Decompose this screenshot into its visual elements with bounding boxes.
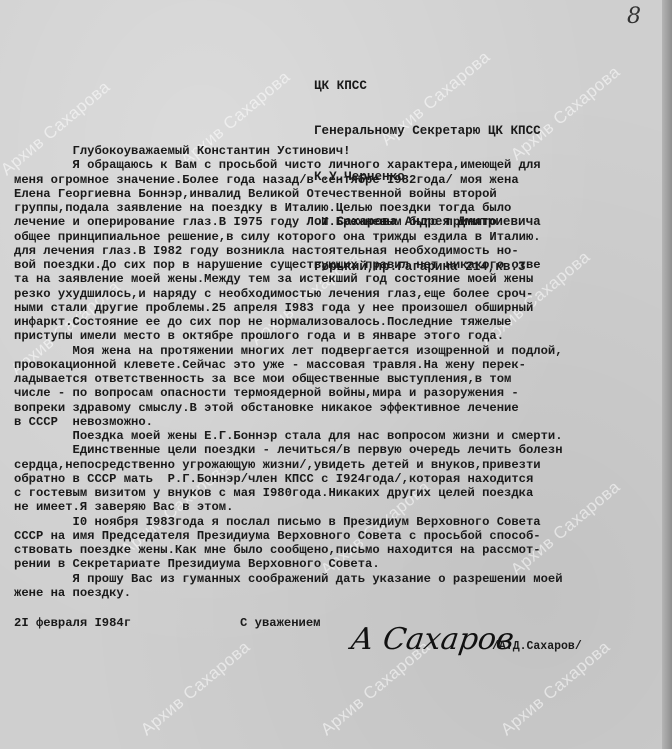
letter-body: Глубокоуважаемый Константин Устинович! Я… [14, 144, 666, 600]
letter-line: Я обращаюсь к Вам с просьбой чисто лично… [14, 158, 666, 172]
letter-line: приступы имели место в октябре прошлого … [14, 329, 666, 343]
letter-line: ными стали другие проблемы.25 апреля I98… [14, 301, 666, 315]
letter-line: Глубокоуважаемый Константин Устинович! [14, 144, 666, 158]
printed-name: /А.Д.Сахаров/ [492, 640, 582, 653]
letter-line: меня огромное значение.Более года назад/… [14, 173, 666, 187]
letter-line: вой поездки.До сих пор в нарушение сущес… [14, 258, 666, 272]
addressee-line: Генеральному Секретарю ЦК КПСС [314, 124, 541, 138]
letter-line: жене на поездку. [14, 586, 666, 600]
letter-line: Единственные цели поездки - лечиться/в п… [14, 443, 666, 457]
letter-line: в СССР невозможно. [14, 415, 666, 429]
letter-line: рении в Секретариате Президиума Верховно… [14, 557, 666, 571]
letter-line: Я прошу Вас из гуманных соображений дать… [14, 572, 666, 586]
letter-line: лечение и оперирование глаз.В I975 году … [14, 215, 666, 229]
letter-line: ладывается ответственность за все мои об… [14, 372, 666, 386]
closing-block: 2I февраля I984г С уважением А Сахаров /… [14, 616, 664, 666]
letter-line: инфаркт.Состояние ее до сих пор не норма… [14, 315, 666, 329]
letter-line: общее принципиальное решение,в силу кото… [14, 230, 666, 244]
letter-line: Елена Георгиевна Боннэр,инвалид Великой … [14, 187, 666, 201]
letter-line: ствовать поездке жены.Как мне было сообщ… [14, 543, 666, 557]
letter-line: СССР на имя Председателя Президиума Верх… [14, 529, 666, 543]
letter-line: I0 ноября I983года я послал письмо в Пре… [14, 515, 666, 529]
addressee-line: ЦК КПСС [314, 79, 541, 93]
letter-line: числе - по вопросам опасности термоядерн… [14, 386, 666, 400]
letter-line: не имеет.Я заверяю Вас в этом. [14, 500, 666, 514]
letter-line: резко ухудшилось,и наряду с необходимост… [14, 287, 666, 301]
letter-line: вопреки здравому смыслу.В этой обстановк… [14, 401, 666, 415]
letter-line: для лечения глаз.В I982 году возникла на… [14, 244, 666, 258]
page-number: 8 [627, 4, 641, 29]
scanned-letter-page: 8 Архив Сахарова Архив Сахарова Архив Са… [0, 0, 672, 749]
closing-salutation: С уважением [240, 616, 320, 630]
letter-line: Моя жена на протяжении многих лет подвер… [14, 344, 666, 358]
letter-line: сердца,непосредственно угрожающую жизни/… [14, 458, 666, 472]
letter-line: группы,подала заявление на поездку в Ита… [14, 201, 666, 215]
letter-line: провокационной клевете.Сейчас это уже - … [14, 358, 666, 372]
letter-line: Поездка моей жены Е.Г.Боннэр стала для н… [14, 429, 666, 443]
handwritten-signature: А Сахаров [349, 622, 517, 657]
letter-date: 2I февраля I984г [14, 616, 131, 630]
letter-line: обратно в СССР мать Р.Г.Боннэр/член КПСС… [14, 472, 666, 486]
letter-line: с гостевым визитом у внуков с мая I980го… [14, 486, 666, 500]
letter-line: та на заявление моей жены.Между тем за и… [14, 272, 666, 286]
